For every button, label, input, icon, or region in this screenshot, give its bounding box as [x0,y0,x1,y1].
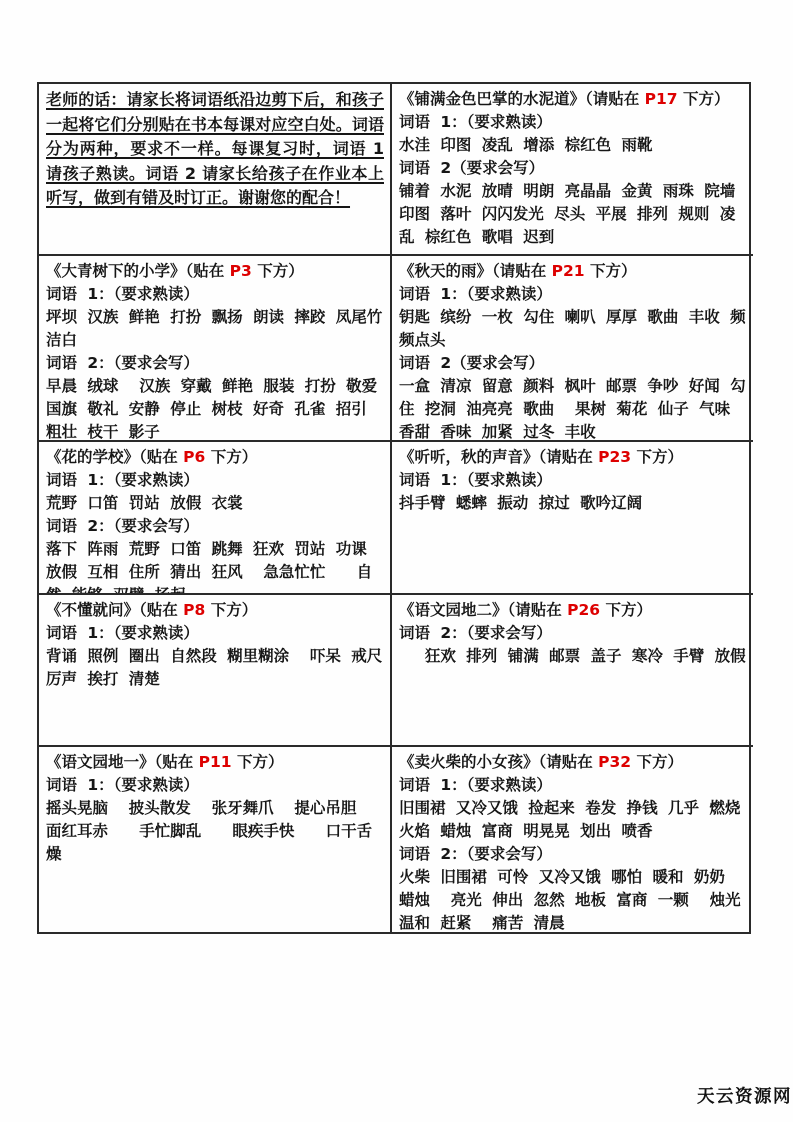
word-lines: 词语 2：（要求会写） 狂欢 排列 铺满 邮票 盖子 寒冷 手臂 放假 [399,622,747,668]
word-lines: 词语 1：（要求熟读）摇头晃脑 披头散发 张牙舞爪 提心吊胆面红耳赤 手忙脚乱 … [46,774,384,866]
word-line: 词语 1：（要求熟读） [399,774,747,797]
word-line: 旧围裙 又冷又饿 捡起来 卷发 挣钱 几乎 燃烧 火焰 蜡烛 富商 明晃晃 划出… [399,797,747,843]
word-lines: 词语 1：（要求熟读）荒野 口笛 罚站 放假 衣裳词语 2：（要求会写）落下 阵… [46,469,384,595]
word-line: 词语 1：（要求熟读） [46,622,384,645]
vocab-table: 老师的话：请家长将词语纸沿边剪下后，和孩子一起将它们分别贴在书本每课对应空白处。… [37,82,751,934]
word-line: 抖手臂 蟋蟀 振动 掠过 歌吟辽阔 [399,492,747,515]
word-lines: 词语 1：（要求熟读）坪坝 汉族 鲜艳 打扮 飘扬 朗读 摔跤 凤尾竹 洁白词语… [46,283,384,442]
lesson-cell-qiutiandeyu: 《秋天的雨》（请贴在 P21 下方） 词语 1：（要求熟读）钥匙 缤纷 一枚 勾… [392,256,753,442]
page-ref: P6 [183,448,205,466]
lesson-title-suffix: 下方） [252,262,304,280]
word-line: 荒野 口笛 罚站 放假 衣裳 [46,492,384,515]
word-line: 铺着 水泥 放晴 明朗 亮晶晶 金黄 雨珠 院墙 印图 落叶 闪闪发光 尽头 平… [399,180,747,249]
lesson-title: 《语文园地一》（贴在 P11 下方） [46,751,384,774]
lesson-title: 《卖火柴的小女孩》（请贴在 P32 下方） [399,751,747,774]
page-ref: P32 [598,753,631,771]
word-line: 词语 1：（要求熟读） [46,774,384,797]
page-ref: P23 [598,448,631,466]
word-line: 词语 1：（要求熟读） [46,283,384,306]
word-line: 词语 1：（要求熟读） [46,469,384,492]
lesson-cell-budongjiuwen: 《不懂就问》（贴在 P8 下方） 词语 1：（要求熟读）背诵 照例 圈出 自然段… [39,595,392,747]
teacher-note-text: 老师的话：请家长将词语纸沿边剪下后，和孩子一起将它们分别贴在书本每课对应空白处。… [46,88,384,211]
page-ref: P26 [567,601,600,619]
lesson-title-suffix: 下方） [678,90,730,108]
word-line: 背诵 照例 圈出 自然段 糊里糊涂 吓呆 戒尺 厉声 挨打 清楚 [46,645,384,691]
lesson-title-text: 《语文园地二》（请贴在 [399,601,567,619]
word-line: 一盒 清凉 留意 颜料 枫叶 邮票 争吵 好闻 勾住 挖洞 油亮亮 歌曲 果树 … [399,375,747,442]
word-line: 早晨 绒球 汉族 穿戴 鲜艳 服装 打扮 敬爱 国旗 敬礼 安静 停止 树枝 好… [46,375,384,442]
word-lines: 词语 1：（要求熟读）钥匙 缤纷 一枚 勾住 喇叭 厚厚 歌曲 丰收 频频点头词… [399,283,747,442]
word-lines: 词语 1：（要求熟读）背诵 照例 圈出 自然段 糊里糊涂 吓呆 戒尺 厉声 挨打… [46,622,384,691]
word-line: 词语 2：（要求会写） [46,515,384,538]
lesson-cell-huadexuexiao: 《花的学校》（贴在 P6 下方） 词语 1：（要求熟读）荒野 口笛 罚站 放假 … [39,442,392,595]
word-line: 落下 阵雨 荒野 口笛 跳舞 狂欢 罚站 功课 放假 互相 住所 猜出 狂风 急… [46,538,384,595]
lesson-cell-tingting: 《听听，秋的声音》（请贴在 P23 下方） 词语 1：（要求熟读）抖手臂 蟋蟀 … [392,442,753,595]
word-lines: 词语 1：（要求熟读）抖手臂 蟋蟀 振动 掠过 歌吟辽阔 [399,469,747,515]
page-ref: P3 [230,262,252,280]
lesson-title-text: 《卖火柴的小女孩》（请贴在 [399,753,598,771]
word-line: 词语 2：（要求会写） [399,622,747,645]
lesson-title: 《花的学校》（贴在 P6 下方） [46,446,384,469]
lesson-cell-yuwenyuandi2: 《语文园地二》（请贴在 P26 下方） 词语 2：（要求会写） 狂欢 排列 铺满… [392,595,753,747]
word-line: 钥匙 缤纷 一枚 勾住 喇叭 厚厚 歌曲 丰收 频频点头 [399,306,747,352]
lesson-title-text: 《语文园地一》（贴在 [46,753,199,771]
page-ref: P11 [199,753,232,771]
word-line: 坪坝 汉族 鲜艳 打扮 飘扬 朗读 摔跤 凤尾竹 洁白 [46,306,384,352]
word-line: 词语 2：（要求会写） [46,352,384,375]
teacher-note-cell: 老师的话：请家长将词语纸沿边剪下后，和孩子一起将它们分别贴在书本每课对应空白处。… [39,84,392,256]
lesson-title-suffix: 下方） [205,448,257,466]
lesson-title-text: 《大青树下的小学》（贴在 [46,262,230,280]
page-ref: P21 [552,262,585,280]
lesson-title-text: 《秋天的雨》（请贴在 [399,262,552,280]
lesson-title-text: 《听听，秋的声音》（请贴在 [399,448,598,466]
lesson-title-suffix: 下方） [600,601,652,619]
page-ref: P8 [183,601,205,619]
lesson-title-suffix: 下方） [232,753,284,771]
lesson-title-text: 《花的学校》（贴在 [46,448,183,466]
document-page: 老师的话：请家长将词语纸沿边剪下后，和孩子一起将它们分别贴在书本每课对应空白处。… [0,0,793,1122]
lesson-title-suffix: 下方） [205,601,257,619]
lesson-title: 《秋天的雨》（请贴在 P21 下方） [399,260,747,283]
lesson-cell-yuwenyuandi1: 《语文园地一》（贴在 P11 下方） 词语 1：（要求熟读）摇头晃脑 披头散发 … [39,747,392,932]
lesson-title-text: 《不懂就问》（贴在 [46,601,183,619]
word-line: 词语 1：（要求熟读） [399,283,747,306]
lesson-title: 《语文园地二》（请贴在 P26 下方） [399,599,747,622]
lesson-title: 《不懂就问》（贴在 P8 下方） [46,599,384,622]
word-line: 词语 1：（要求熟读） [399,111,747,134]
lesson-title: 《大青树下的小学》（贴在 P3 下方） [46,260,384,283]
site-watermark: 天云资源网 [697,1083,793,1108]
lesson-cell-daqingshu: 《大青树下的小学》（贴在 P3 下方） 词语 1：（要求熟读）坪坝 汉族 鲜艳 … [39,256,392,442]
word-line: 摇头晃脑 披头散发 张牙舞爪 提心吊胆 [46,797,384,820]
word-line: 狂欢 排列 铺满 邮票 盖子 寒冷 手臂 放假 [399,645,747,668]
word-line: 词语 2：（要求会写） [399,843,747,866]
word-line: 火柴 旧围裙 可怜 又冷又饿 哪怕 暖和 奶奶 蜡烛 亮光 伸出 忽然 地板 富… [399,866,747,932]
page-ref: P17 [645,90,678,108]
word-line: 面红耳赤 手忙脚乱 眼疾手快 口干舌燥 [46,820,384,866]
word-line: 水洼 印图 凌乱 增添 棕红色 雨靴 [399,134,747,157]
lesson-title-suffix: 下方） [585,262,637,280]
word-line: 词语 2（要求会写） [399,157,747,180]
lesson-cell-shuinidao: 《铺满金色巴掌的水泥道》（请贴在 P17 下方） 词语 1：（要求熟读）水洼 印… [392,84,753,256]
word-line: 词语 2（要求会写） [399,352,747,375]
word-lines: 词语 1：（要求熟读）水洼 印图 凌乱 增添 棕红色 雨靴词语 2（要求会写）铺… [399,111,747,249]
word-lines: 词语 1：（要求熟读）旧围裙 又冷又饿 捡起来 卷发 挣钱 几乎 燃烧 火焰 蜡… [399,774,747,932]
lesson-title-text: 《铺满金色巴掌的水泥道》（请贴在 [399,90,645,108]
lesson-title-suffix: 下方） [631,753,683,771]
word-line: 词语 1：（要求熟读） [399,469,747,492]
lesson-title: 《铺满金色巴掌的水泥道》（请贴在 P17 下方） [399,88,747,111]
lesson-cell-maihuochai: 《卖火柴的小女孩》（请贴在 P32 下方） 词语 1：（要求熟读）旧围裙 又冷又… [392,747,753,932]
lesson-title: 《听听，秋的声音》（请贴在 P23 下方） [399,446,747,469]
lesson-title-suffix: 下方） [631,448,683,466]
